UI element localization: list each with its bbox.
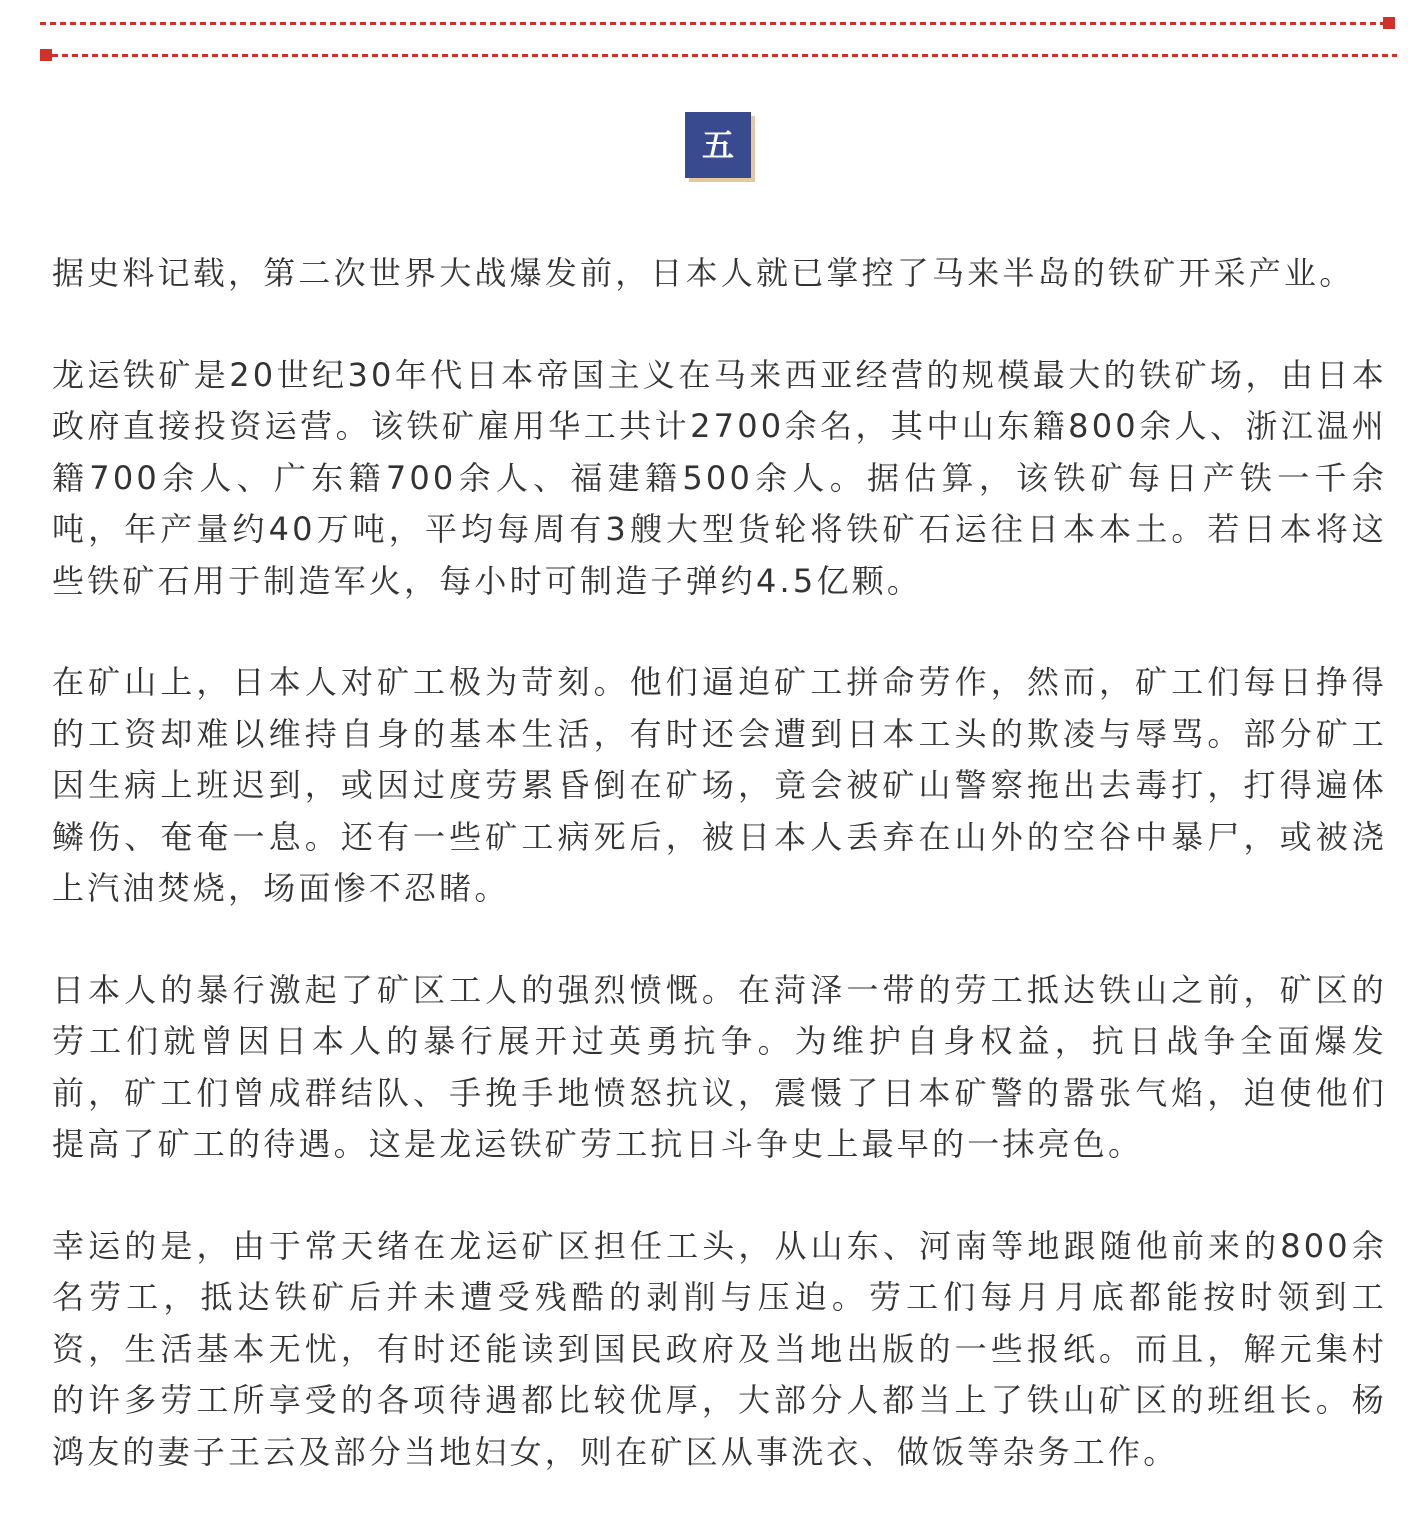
article-body: 据史料记载，第二次世界大战爆发前，日本人就已掌控了马来半岛的铁矿开采产业。 龙运… (52, 248, 1387, 1528)
dashed-divider-bottom (52, 54, 1397, 57)
section-number-badge: 五 (685, 112, 755, 182)
dashed-divider-top (40, 22, 1385, 25)
red-square-ornament-left (40, 49, 52, 61)
paragraph: 龙运铁矿是20世纪30年代日本帝国主义在马来西亚经营的规模最大的铁矿场，由日本政… (52, 350, 1387, 608)
paragraph: 幸运的是，由于常天绪在龙运矿区担任工头，从山东、河南等地跟随他前来的800余名劳… (52, 1221, 1387, 1479)
paragraph: 据史料记载，第二次世界大战爆发前，日本人就已掌控了马来半岛的铁矿开采产业。 (52, 248, 1387, 300)
header-decoration (0, 0, 1408, 80)
paragraph: 在矿山上，日本人对矿工极为苛刻。他们逼迫矿工拼命劳作，然而，矿工们每日挣得的工资… (52, 657, 1387, 915)
red-square-ornament-right (1383, 17, 1395, 29)
paragraph: 日本人的暴行激起了矿区工人的强烈愤慨。在菏泽一带的劳工抵达铁山之前，矿区的劳工们… (52, 965, 1387, 1171)
section-number: 五 (685, 112, 751, 178)
